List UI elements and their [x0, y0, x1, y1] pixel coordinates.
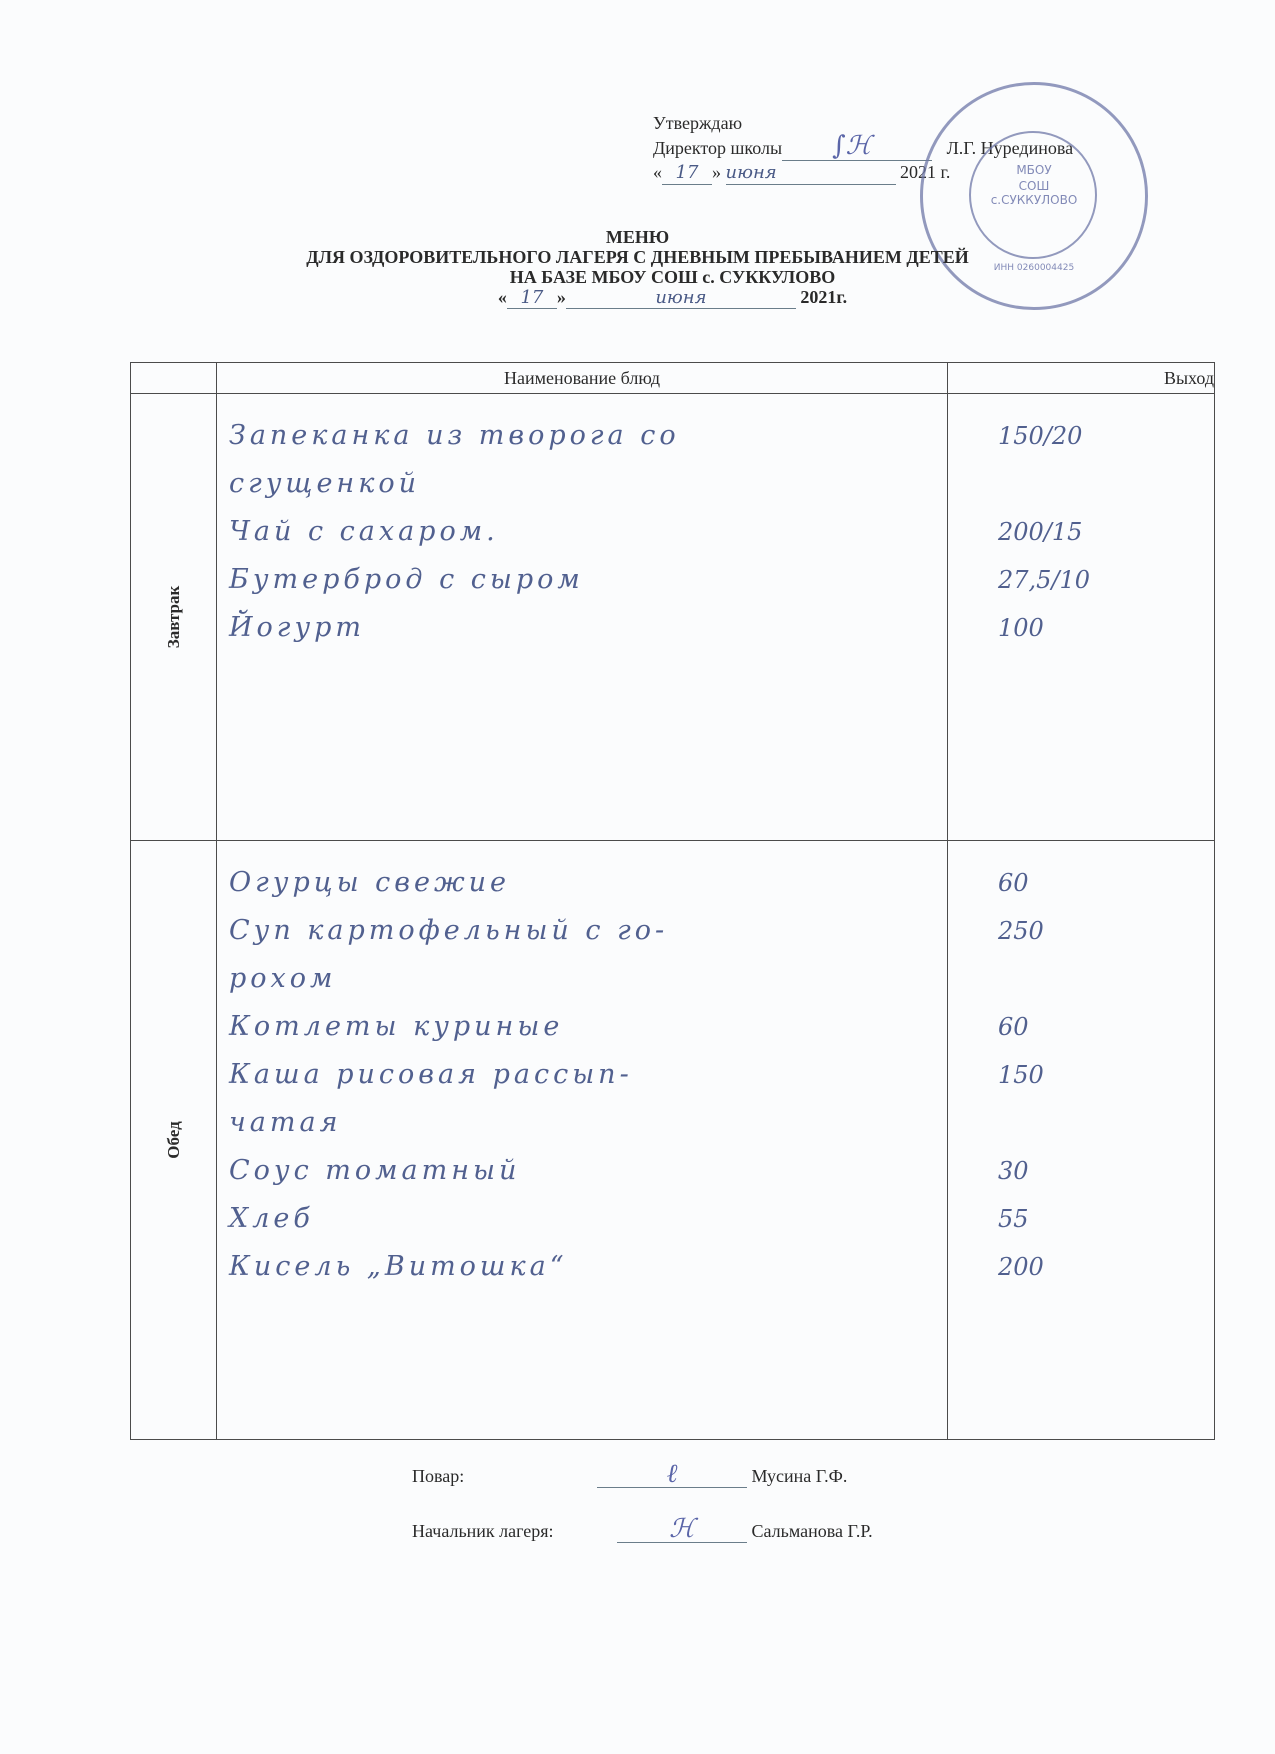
dish-output: 60 [948, 1003, 1214, 1051]
dish-names-cell: Запеканка из творога со сгущенкой Чай с … [217, 394, 948, 841]
dish-output [948, 460, 1214, 508]
dish-name: Суп картофельный с го- [229, 907, 947, 955]
signature-role: Начальник лагеря: [412, 1520, 617, 1542]
title-date-year: 2021г. [800, 287, 847, 307]
header-output: Выход [948, 363, 1215, 394]
meal-label: Завтрак [164, 586, 184, 649]
cook-signature-line: ℓ [597, 1463, 747, 1488]
cook-signature-icon: ℓ [667, 1459, 678, 1489]
dish-output: 100 [948, 604, 1214, 652]
title-line1: МЕНЮ [0, 227, 1275, 247]
approval-date-day: 17 [662, 161, 712, 185]
dish-name: чатая [229, 1099, 947, 1147]
dish-name: Соус томатный [229, 1147, 947, 1195]
dish-output: 150 [948, 1051, 1214, 1099]
header-meal [131, 363, 217, 394]
menu-table: Наименование блюд Выход Завтрак Запеканк… [130, 362, 1215, 1440]
dish-output: 200 [948, 1243, 1214, 1291]
dish-names-cell: Огурцы свежие Суп картофельный с го- рох… [217, 841, 948, 1440]
signature-cook: Повар:ℓ Мусина Г.Ф. [412, 1463, 847, 1488]
signature-name: Мусина Г.Ф. [752, 1466, 848, 1486]
title-date: «17»июня 2021г. [70, 287, 1275, 309]
dish-name: сгущенкой [229, 460, 947, 508]
camp-head-signature-line: ℋ [617, 1518, 747, 1543]
document-title: МЕНЮ ДЛЯ ОЗДОРОВИТЕЛЬНОГО ЛАГЕРЯ С ДНЕВН… [0, 227, 1275, 309]
dish-outputs-cell: 150/20 200/15 27,5/10 100 [948, 394, 1215, 841]
dish-name: Чай с сахаром. [229, 508, 947, 556]
camp-head-signature-icon: ℋ [669, 1514, 695, 1544]
title-line3: НА БАЗЕ МБОУ СОШ с. СУККУЛОВО [70, 267, 1275, 287]
meal-cell: Завтрак [131, 394, 217, 841]
title-line2: ДЛЯ ОЗДОРОВИТЕЛЬНОГО ЛАГЕРЯ С ДНЕВНЫМ ПР… [0, 247, 1275, 267]
approval-position: Директор школы [653, 138, 782, 158]
director-signature-line: ∫ℋ [782, 135, 932, 161]
dish-name: Котлеты куриные [229, 1003, 947, 1051]
approval-date-month: июня [726, 161, 896, 185]
dish-output: 30 [948, 1147, 1214, 1195]
stamp-center-line1: МБОУ [923, 163, 1145, 177]
dish-outputs-cell: 60 250 60 150 30 55 200 [948, 841, 1215, 1440]
dish-output: 60 [948, 859, 1214, 907]
dish-output: 27,5/10 [948, 556, 1214, 604]
dish-name: Огурцы свежие [229, 859, 947, 907]
dish-name: Бутерброд с сыром [229, 556, 947, 604]
dish-output: 55 [948, 1195, 1214, 1243]
dish-name: Каша рисовая рассып- [229, 1051, 947, 1099]
dish-output [948, 1099, 1214, 1147]
header-dish-name: Наименование блюд [217, 363, 948, 394]
meal-label: Обед [164, 1121, 184, 1158]
dish-name: рохом [229, 955, 947, 1003]
table-row-breakfast: Завтрак Запеканка из творога со сгущенко… [131, 394, 1215, 841]
meal-cell: Обед [131, 841, 217, 1440]
stamp-center-line3: с.СУККУЛОВО [923, 193, 1145, 207]
title-date-day: 17 [507, 288, 557, 309]
dish-name: Запеканка из творога со [229, 412, 947, 460]
dish-output [948, 955, 1214, 1003]
director-signature-icon: ∫ℋ [832, 131, 871, 161]
title-date-month: июня [566, 288, 796, 309]
dish-output: 150/20 [948, 412, 1214, 460]
signature-camp-head: Начальник лагеря:ℋ Сальманова Г.Р. [412, 1518, 873, 1543]
table-row-lunch: Обед Огурцы свежие Суп картофельный с го… [131, 841, 1215, 1440]
table-header-row: Наименование блюд Выход [131, 363, 1215, 394]
signature-role: Повар: [412, 1465, 597, 1487]
dish-name: Кисель „Витошка“ [229, 1243, 947, 1291]
stamp-center-line2: СОШ [923, 179, 1145, 193]
signature-name: Сальманова Г.Р. [752, 1521, 873, 1541]
dish-name: Йогурт [229, 604, 947, 652]
dish-output: 200/15 [948, 508, 1214, 556]
dish-output: 250 [948, 907, 1214, 955]
dish-name: Хлеб [229, 1195, 947, 1243]
